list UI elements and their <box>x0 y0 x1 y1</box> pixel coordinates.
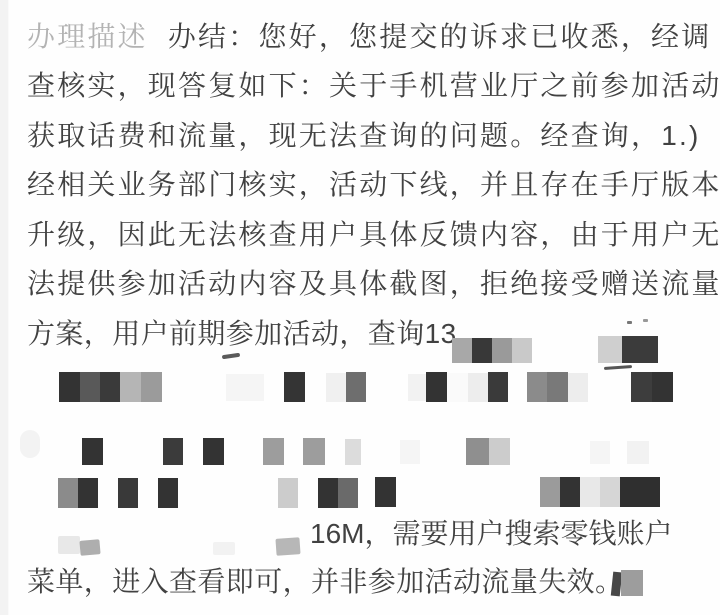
mosaic-tile <box>263 438 284 465</box>
body-text-line-3: 获取话费和流量，现无法查询的问题。经查询，1.) <box>27 119 700 153</box>
mosaic-tile <box>213 542 235 555</box>
body-text-line-7: 方案，用户前期参加活动，查询13 <box>27 317 457 351</box>
mosaic-tile <box>631 372 652 402</box>
body-text-line-8: 16M，需要用户搜索零钱账户 <box>310 517 672 551</box>
mosaic-tile <box>100 372 120 402</box>
mosaic-tile <box>346 372 366 402</box>
mosaic-tile <box>118 478 138 508</box>
mosaic-tile <box>222 353 240 359</box>
body-text-line-4: 经相关业务部门核实，活动下线，并且存在手厅版本 <box>27 168 720 202</box>
mosaic-tile <box>158 478 178 508</box>
mosaic-tile <box>547 372 568 402</box>
mosaic-tile <box>488 372 508 402</box>
mosaic-tile <box>226 374 264 401</box>
mosaic-tile <box>621 570 643 596</box>
mosaic-tile <box>303 438 325 465</box>
mosaic-tile <box>540 477 560 507</box>
mosaic-tile <box>80 372 100 402</box>
mosaic-tile <box>590 441 610 464</box>
page-left-margin <box>0 0 9 615</box>
mosaic-tile <box>141 372 162 402</box>
mosaic-tile <box>598 336 622 363</box>
mosaic-tile <box>20 430 40 458</box>
body-text-line-5: 升级，因此无法核查用户具体反馈内容，由于用户无 <box>27 218 720 252</box>
mosaic-tile <box>426 372 447 402</box>
mosaic-tile <box>375 477 396 507</box>
mosaic-tile <box>447 373 468 402</box>
mosaic-tile <box>580 477 600 507</box>
mosaic-tile <box>82 438 103 465</box>
complaint-detail-page: 办理描述办结：您好，您提交的诉求已收悉，经调 查核实，现答复如下：关于手机营业厅… <box>0 0 720 615</box>
mosaic-tile <box>489 438 510 465</box>
mosaic-tile <box>79 539 100 556</box>
mosaic-tile <box>604 365 632 370</box>
mosaic-tile <box>163 438 183 465</box>
mosaic-tile <box>408 374 426 401</box>
mosaic-tile <box>203 438 224 465</box>
mosaic-tile <box>652 372 673 402</box>
mosaic-tile <box>318 478 338 508</box>
mosaic-tile <box>627 321 632 324</box>
mosaic-tile <box>627 441 649 464</box>
mosaic-tile <box>512 338 532 363</box>
body-text-line-6: 法提供参加活动内容及具体截图，拒绝接受赠送流量 <box>27 267 720 301</box>
mosaic-tile <box>400 440 420 464</box>
mosaic-tile <box>275 537 300 556</box>
mosaic-tile <box>466 438 489 465</box>
mosaic-tile <box>58 536 80 554</box>
mosaic-tile <box>560 477 580 507</box>
mosaic-tile <box>59 372 80 402</box>
mosaic-tile <box>338 478 358 508</box>
body-text-line-1: 办理描述办结：您好，您提交的诉求已收悉，经调 <box>27 20 711 54</box>
body-text: 办结：您好，您提交的诉求已收悉，经调 <box>168 21 712 52</box>
mosaic-tile <box>345 439 361 465</box>
mosaic-tile <box>120 372 141 402</box>
mosaic-tile <box>527 372 547 402</box>
mosaic-tile <box>78 478 98 508</box>
mosaic-tile <box>492 338 512 363</box>
mosaic-tile <box>643 319 648 322</box>
mosaic-tile <box>278 478 298 508</box>
mosaic-tile <box>620 477 660 507</box>
mosaic-tile <box>58 478 78 508</box>
mosaic-tile <box>468 373 488 402</box>
mosaic-tile <box>568 373 588 402</box>
mosaic-tile <box>472 338 492 363</box>
mosaic-tile <box>600 477 620 507</box>
field-label: 办理描述 <box>27 21 148 52</box>
mosaic-tile <box>622 336 658 363</box>
mosaic-tile <box>326 373 346 402</box>
mosaic-tile <box>284 372 305 402</box>
body-text-line-9: 菜单，进入查看即可，并非参加活动流量失效。 <box>27 565 623 599</box>
body-text-line-2: 查核实，现答复如下：关于手机营业厅之前参加活动 <box>27 69 720 103</box>
